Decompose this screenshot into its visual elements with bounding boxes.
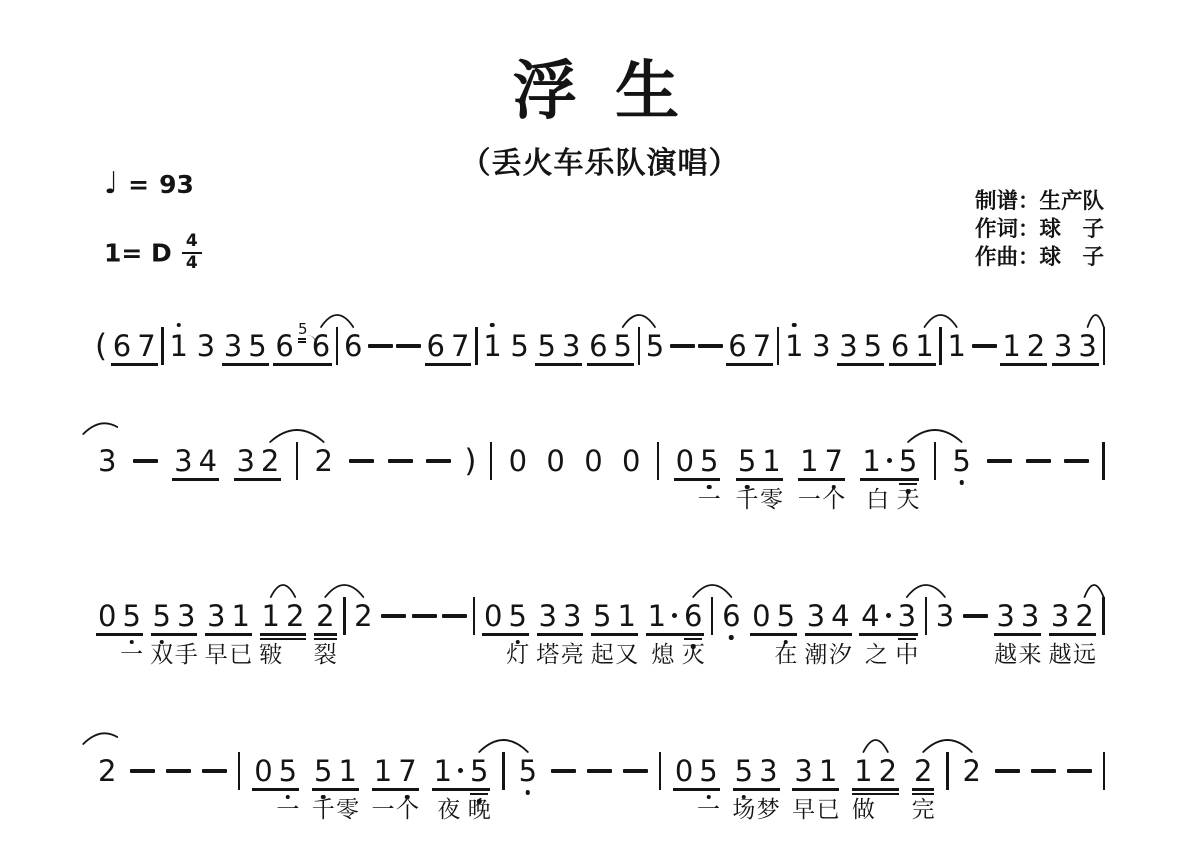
beam-group: 2 [311,447,335,476]
note: 6 [891,332,909,361]
note: 3中 [898,602,916,631]
lyric-syllable: 夜 [437,799,460,822]
notation-row: 05一5双3手3早1已1皲22裂205灯3塔3亮5起1又1熄6灭605在3潮4汐… [95,593,1105,639]
note: 2 [314,447,332,476]
beam-group: 3越2远 [1048,602,1097,631]
sheet-music-page: { "title": "浮 生", "subtitle": "（丢火车乐队演唱）… [0,0,1200,850]
beam-group: 2完 [911,757,935,786]
note: 3塔 [539,602,557,631]
note: 5 [864,332,882,361]
beam-group: 3 [194,332,218,361]
lyric-syllable: 千 [736,489,759,512]
note: 3 [197,332,215,361]
note: 1做 [854,757,872,786]
lyric-syllable: 汐 [829,644,852,667]
note: 5 [519,757,537,786]
note: 2远 [1075,602,1093,631]
note: 3 [839,332,857,361]
duration-dash [412,614,437,618]
beam-group: 32 [233,447,282,476]
note: 1又 [618,602,636,631]
beam-group: 12 [999,332,1048,361]
note: 5天 [899,447,917,476]
beam-group: 5千1零 [735,447,784,476]
octave-dot-below [729,635,734,640]
lyric-syllable: 手 [175,644,198,667]
note: 3 [98,447,116,476]
barline [502,752,504,790]
barline [238,752,240,790]
beam-group: 35 [836,332,885,361]
beam-group: 5 [949,447,973,476]
duration-dash [587,769,612,773]
note: 1零 [338,757,356,786]
note: 1 [1002,332,1020,361]
beam-group: 34 [171,447,220,476]
lyric-syllable: 完 [912,799,935,822]
lyric-syllable: 场 [732,799,755,822]
duration-dash [1067,769,1092,773]
octave-dot-below [526,790,531,795]
beam-group: 3早1已 [204,602,253,631]
lyric-syllable: 塔 [536,644,559,667]
beam-group: 1 [166,332,190,361]
beam-group: 5千1零 [311,757,360,786]
duration-dash [368,344,393,348]
duration-dash [972,344,997,348]
duration-dash [349,459,374,463]
beam-group: 5场3梦 [732,757,781,786]
beam-group: 5 [516,757,540,786]
barline [711,597,713,635]
note: 5起 [593,602,611,631]
lyric-syllable: 灯 [506,644,529,667]
barline [939,327,941,365]
note: 3来 [1021,602,1039,631]
note: 1熄 [648,602,678,631]
score-line-4: 205一5千1零1一7个1夜5晚505一5场3梦3早1已1做22完2 [95,748,1105,794]
octave-dot-below [959,480,964,485]
lyric-syllable: 一 [697,799,720,822]
note: 6 [728,332,746,361]
beam-group: 05一 [95,602,144,631]
note: 7 [451,332,469,361]
note: 5晚 [470,757,488,786]
lyric-syllable: 已 [817,799,840,822]
note: 6 [344,332,362,361]
beam-group: 5 [643,332,667,361]
barline [1102,442,1104,480]
score-line-1: (67133565666715536556713356111233 [95,323,1105,369]
note: 5灯 [508,602,526,631]
note: 6 [722,602,740,631]
beam-group: 0 [581,447,605,476]
note: 3潮 [807,602,825,631]
note: 5千 [314,757,332,786]
beam-group: 2 [960,757,984,786]
tie-arc [83,423,117,434]
note: 3 [812,332,830,361]
notation-row: 205一5千1零1一7个1夜5晚505一5场3梦3早1已1做22完2 [95,748,1105,794]
note: 0 [676,447,694,476]
note: 6 [113,332,131,361]
lyric-syllable: 一 [798,489,821,512]
beam-group: 1一7个 [797,447,846,476]
note: 0 [484,602,502,631]
duration-dash [995,769,1020,773]
lyric-syllable: 灭 [682,644,705,667]
lyric-syllable: 梦 [757,799,780,822]
beam-group: 05一 [672,757,721,786]
note: 3 [236,447,254,476]
lyric-syllable: 皲 [259,644,282,667]
beam-group: 2 [351,602,375,631]
note: 7个 [398,757,416,786]
note: 0 [752,602,770,631]
note: 7个 [825,447,843,476]
note: 5在 [777,602,795,631]
note: 5一 [699,757,717,786]
duration-dash [426,459,451,463]
parenthesis: ( [95,331,107,362]
lyric-syllable: 双 [150,644,173,667]
note: 1已 [231,602,249,631]
note: 5 [248,332,266,361]
note: 6 [312,332,330,361]
beam-group: 67 [424,332,473,361]
beam-group: 3 [809,332,833,361]
duration-dash [442,614,467,618]
note: 3早 [207,602,225,631]
duration-dash [1031,769,1056,773]
octave-dot-above [176,323,181,328]
beam-group: 5双3手 [150,602,199,631]
octave-dot-above [792,323,797,328]
beam-group: 05一 [673,447,722,476]
lyric-syllable: 在 [774,644,797,667]
beam-group: 1一7个 [371,757,420,786]
note: 1一 [374,757,392,786]
beam-group: 1 [782,332,806,361]
note: 6灭 [684,602,702,631]
note: 0 [254,757,272,786]
lyric-syllable: 一 [698,489,721,512]
lyric-syllable: 千 [312,799,335,822]
barline [296,442,298,480]
note: 1白 [862,447,892,476]
note: 4汐 [831,602,849,631]
barline [638,327,640,365]
note: 5一 [700,447,718,476]
duration-dash [551,769,576,773]
beam-group: 2裂 [313,602,337,631]
beam-group: 1 [944,332,968,361]
barline [475,327,477,365]
note: 1一 [800,447,818,476]
beam-group: 6 [719,602,743,631]
note: 2 [963,757,981,786]
beam-group: 3 [95,447,119,476]
beam-group: 67 [110,332,159,361]
note: 7 [137,332,155,361]
beam-group: 05在 [749,602,798,631]
note: 3 [224,332,242,361]
note: 3 [174,447,192,476]
beam-group: 3早1已 [791,757,840,786]
note: 0 [98,602,116,631]
note: 2 [261,447,279,476]
note: 0 [622,447,640,476]
barline [659,752,661,790]
barline [777,327,779,365]
barline [161,327,163,365]
note: 5 [537,332,555,361]
duration-dash [623,769,648,773]
note: 1 [785,332,803,361]
beam-group: 5 [507,332,531,361]
note: 1 [483,332,501,361]
beam-group: 53 [534,332,583,361]
sixteenth-beam [898,638,916,640]
lyric-syllable: 天 [897,489,920,512]
lyric-syllable: 来 [1019,644,1042,667]
note: 5一 [279,757,297,786]
barline [1102,597,1104,635]
duration-dash [670,344,695,348]
note: 2裂 [316,602,334,631]
sixteenth-beam [684,638,702,640]
lyric-syllable: 已 [229,644,252,667]
barline [657,442,659,480]
note: 3越 [1051,602,1069,631]
beam-group: 0 [543,447,567,476]
lyric-syllable: 裂 [314,644,337,667]
tie-arc [83,733,117,744]
barline [946,752,948,790]
note: 3越 [996,602,1014,631]
beam-group: 3塔3亮 [536,602,585,631]
duration-dash [388,459,413,463]
note: 4之 [861,602,891,631]
barline [1103,752,1105,790]
lyric-syllable: 个 [822,489,845,512]
lyric-syllable: 一 [276,799,299,822]
lyric-syllable: 熄 [651,644,674,667]
note: 1零 [762,447,780,476]
note: 5 [614,332,632,361]
duration-dash [202,769,227,773]
beam-group: 1 [480,332,504,361]
duration-dash [987,459,1012,463]
note: 0 [584,447,602,476]
beam-group: 656 [272,332,333,361]
note: 3亮 [563,602,581,631]
beam-group: 05一 [251,757,300,786]
augmentation-dot [458,768,463,773]
lyric-syllable: 越 [1049,644,1072,667]
barline [934,442,936,480]
lyric-syllable: 越 [994,644,1017,667]
note: 3手 [177,602,195,631]
note: 5一 [122,602,140,631]
beam-group: 6 [341,332,365,361]
score-line-2: 334322)000005一5千1零1一7个1白5天5 [95,438,1105,484]
note: 1夜 [434,757,464,786]
beam-group: 61 [888,332,937,361]
note: 7 [753,332,771,361]
note: 5千 [738,447,756,476]
note: 6 [427,332,445,361]
note: 3 [1054,332,1072,361]
note: 5 [952,447,970,476]
lyric-syllable: 一 [120,644,143,667]
duration-dash [1064,459,1089,463]
note: 2 [879,757,897,786]
duration-dash [1026,459,1051,463]
beam-group: 0 [619,447,643,476]
barline [1103,327,1105,365]
note: 6 [275,332,293,361]
duration-dash [963,614,988,618]
beam-group: 1做2 [851,757,900,786]
note: 4 [199,447,217,476]
barline [473,597,475,635]
augmentation-dot [672,613,677,618]
beam-group: 1白5天 [859,447,920,476]
note: 3早 [794,757,812,786]
lyric-syllable: 零 [760,489,783,512]
parenthesis: ) [464,446,476,477]
barline [336,327,338,365]
lyric-syllable: 白 [866,489,889,512]
note: 1 [915,332,933,361]
beam-group: 2 [95,757,119,786]
beam-group: 3越3来 [993,602,1042,631]
lyric-syllable: 零 [336,799,359,822]
duration-dash [698,344,723,348]
note: 3 [936,602,954,631]
lyric-syllable: 早 [792,799,815,822]
lyric-syllable: 中 [895,644,918,667]
lyric-syllable: 一 [372,799,395,822]
lyric-syllable: 早 [205,644,228,667]
beam-group: 1熄6灭 [645,602,706,631]
duration-dash [381,614,406,618]
lyric-syllable: 之 [865,644,888,667]
duration-dash [396,344,421,348]
lyric-syllable: 潮 [804,644,827,667]
beam-group: 3潮4汐 [804,602,853,631]
note: 3梦 [759,757,777,786]
note: 5双 [153,602,171,631]
octave-dot-above [490,323,495,328]
lyric-syllable: 晚 [468,799,491,822]
beam-group: 0 [506,447,530,476]
score-line-3: 05一5双3手3早1已1皲22裂205灯3塔3亮5起1又1熄6灭605在3潮4汐… [95,593,1105,639]
beam-group: 1夜5晚 [431,757,492,786]
note: 0 [509,447,527,476]
note: 2 [354,602,372,631]
lyric-syllable: 亮 [561,644,584,667]
note: 6 [589,332,607,361]
beam-group: 4之3中 [858,602,919,631]
duration-dash [166,769,191,773]
grace-note: 5 [298,322,308,337]
notation-row: 334322)000005一5千1零1一7个1白5天5 [95,438,1105,484]
notation-row: (67133565666715536556713356111233 [95,323,1105,369]
note: 1已 [819,757,837,786]
barline [343,597,345,635]
duration-dash [130,769,155,773]
augmentation-dot [887,458,892,463]
lyric-syllable: 又 [615,644,638,667]
lyric-syllable: 起 [591,644,614,667]
lyric-syllable: 做 [852,799,875,822]
augmentation-dot [886,613,891,618]
note: 1 [947,332,965,361]
lyric-syllable: 个 [396,799,419,822]
note: 0 [546,447,564,476]
barline [490,442,492,480]
note: 2完 [914,757,932,786]
beam-group: 33 [1051,332,1100,361]
beam-group: 65 [586,332,635,361]
duration-dash [133,459,158,463]
lyric-syllable: 远 [1073,644,1096,667]
note: 1皲 [262,602,280,631]
barline [925,597,927,635]
note: 3 [1078,332,1096,361]
note: 2 [98,757,116,786]
note: 2 [1027,332,1045,361]
score-sheet: (67133565666715536556713356111233334322)… [95,0,1105,850]
note: 3 [562,332,580,361]
sixteenth-beam [470,793,488,795]
beam-group: 3 [933,602,957,631]
sixteenth-beam [899,483,917,485]
note: 5 [510,332,528,361]
note: 0 [675,757,693,786]
beam-group: 35 [221,332,270,361]
beam-group: 5起1又 [590,602,639,631]
note: 5 [646,332,664,361]
note: 5场 [735,757,753,786]
note: 2 [286,602,304,631]
note: 1 [169,332,187,361]
beam-group: 1皲2 [259,602,308,631]
beam-group: 05灯 [481,602,530,631]
beam-group: 67 [725,332,774,361]
